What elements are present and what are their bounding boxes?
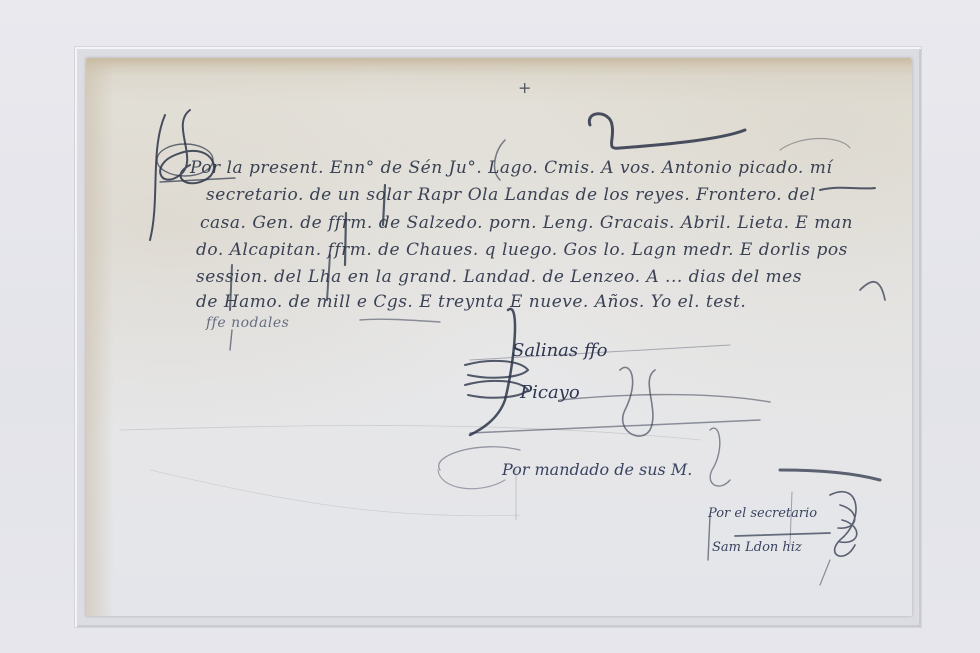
signature-2: Picayo (520, 382, 580, 403)
paper-stain-top (86, 58, 912, 76)
manuscript-line-7: ffe nodales (206, 315, 289, 331)
top-cross-mark: + (518, 78, 531, 97)
signature-secretary-label: Por el secretario (708, 506, 817, 521)
manuscript-line-5: session. del Lha en la grand. Landad. de… (196, 267, 802, 287)
signature-1: Salinas ffo (512, 340, 607, 361)
manuscript-paper (86, 58, 912, 616)
manuscript-line-2: secretario. de un solar Rapr Ola Landas … (206, 185, 816, 205)
paper-stain-left (86, 58, 114, 616)
manuscript-line-6: de Hamo. de mill e Cgs. E treynta E nuev… (196, 292, 746, 312)
manuscript-line-4: do. Alcapitan. ffrm. de Chaues. q luego.… (196, 240, 848, 260)
signature-secretary-name: Sam Ldon hiz (712, 540, 802, 555)
manuscript-line-3: casa. Gen. de ffrm. de Salzedo. porn. Le… (200, 213, 853, 233)
signature-by-order: Por mandado de sus M. (502, 460, 692, 479)
manuscript-line-1: Por la present. Enn° de Sén Ju°. Lago. C… (190, 158, 832, 178)
